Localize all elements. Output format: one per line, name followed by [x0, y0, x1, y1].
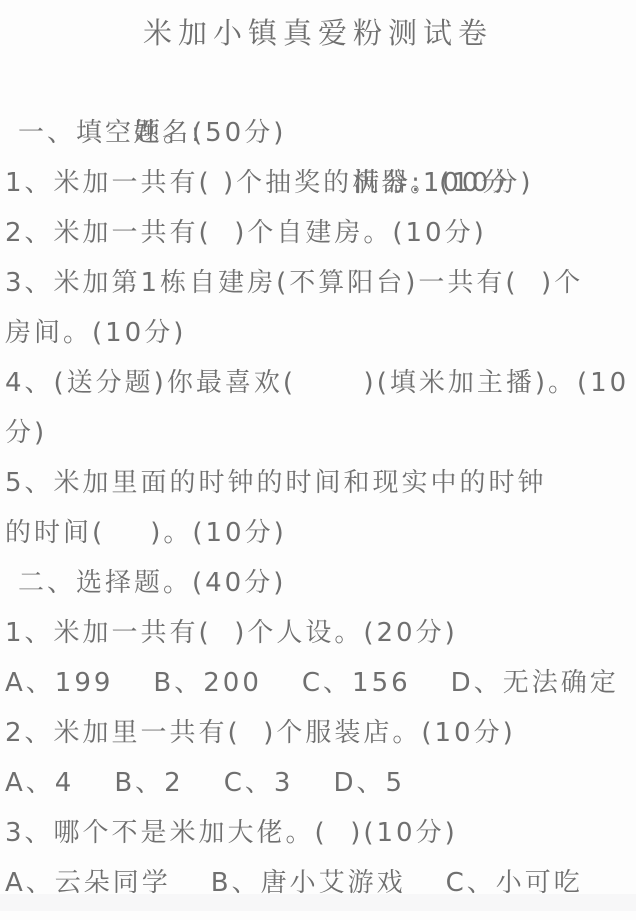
- option-d: D、5: [333, 758, 405, 808]
- page-title: 米加小镇真爱粉测试卷: [0, 8, 636, 58]
- question-1-3-line-2: 房间。(10分): [0, 308, 636, 358]
- section-2-heading: 二、选择题。(40分): [0, 558, 636, 608]
- question-1-5-line-2: 的时间( )。(10分): [0, 508, 636, 558]
- question-2-3: 3、哪个不是米加大佬。( )(10分): [0, 808, 636, 858]
- section-1-heading: 一、填空题。(50分): [0, 108, 636, 158]
- option-a: A、199: [5, 658, 113, 708]
- question-1-5-line-1: 5、米加里面的时钟的时间和现实中的时钟: [0, 458, 636, 508]
- option-c: C、156: [302, 658, 411, 708]
- option-b: B、200: [153, 658, 261, 708]
- option-a: A、4: [5, 758, 74, 808]
- header-row: 姓名: 满分:100分: [0, 58, 636, 108]
- question-1-4-line-2: 分): [0, 408, 636, 458]
- question-1-2: 2、米加一共有( )个自建房。(10分): [0, 208, 636, 258]
- question-1-3-line-1: 3、米加第1栋自建房(不算阳台)一共有( )个: [0, 258, 636, 308]
- question-1-4-line-1: 4、(送分题)你最喜欢( )(填米加主播)。(10: [0, 358, 636, 408]
- question-2-2: 2、米加里一共有( )个服装店。(10分): [0, 708, 636, 758]
- option-b: B、2: [114, 758, 183, 808]
- question-2-2-options: A、4 B、2 C、3 D、5: [0, 758, 636, 808]
- option-d: D、无法确定: [451, 658, 619, 708]
- question-2-1-options: A、199 B、200 C、156 D、无法确定: [0, 658, 636, 708]
- question-1-1: 1、米加一共有( )个抽奖的机器。(10分): [0, 158, 636, 208]
- option-c: C、3: [224, 758, 294, 808]
- question-2-1: 1、米加一共有( )个人设。(20分): [0, 608, 636, 658]
- test-paper: 米加小镇真爱粉测试卷 姓名: 满分:100分 一、填空题。(50分) 1、米加一…: [0, 0, 636, 920]
- page-bottom-edge: [0, 894, 636, 911]
